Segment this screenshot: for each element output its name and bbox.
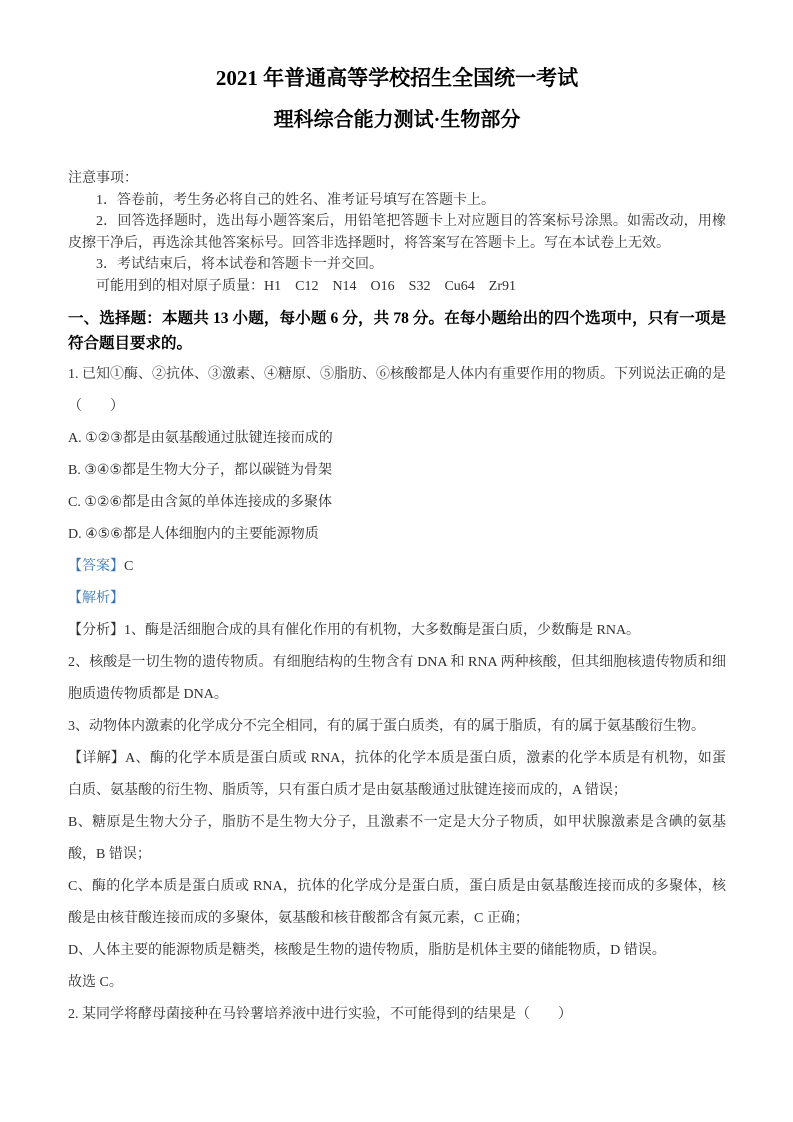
question-2: 2. 某同学将酵母菌接种在马铃薯培养液中进行实验，不可能得到的结果是（ ） <box>68 999 726 1031</box>
text-run: B. ③④⑤都是生物大分子，都以碳链为骨架 <box>68 463 332 478</box>
text-run: 2、核酸是一切生物的遗传物质。有细胞结构的生物含有 DNA 和 RNA 两种核酸… <box>68 655 726 702</box>
notice-item-1: 1．答卷前，考生务必将自己的姓名、准考证号填写在答题卡上。 <box>68 190 726 212</box>
text-run: 故选 C。 <box>68 975 123 990</box>
text-run: 【详解】A、酶的化学本质是蛋白质或 RNA，抗体的化学本质是蛋白质，激素的化学本… <box>68 751 726 798</box>
notice-section: 注意事项： 1．答卷前，考生务必将自己的姓名、准考证号填写在答题卡上。2．回答选… <box>68 168 726 297</box>
text-run: 1. 已知①酶、②抗体、③激素、④糖原、⑤脂肪、⑥核酸都是人体内有重要作用的物质… <box>68 367 726 414</box>
analysis-label-line: 【解析】 <box>68 583 726 615</box>
atomic-mass-line: 可能用到的相对原子质量：H1 C12 N14 O16 S32 Cu64 Zr91 <box>68 276 726 298</box>
bracket-label: 【答案】 <box>68 559 124 574</box>
section-heading: 一、选择题：本题共 13 小题，每小题 6 分，共 78 分。在每小题给出的四个… <box>68 306 726 356</box>
notice-heading: 注意事项： <box>68 168 726 190</box>
question-1-option-A: A. ①②③都是由氨基酸通过肽键连接而成的 <box>68 423 726 455</box>
text-run: 2. 某同学将酵母菌接种在马铃薯培养液中进行实验，不可能得到的结果是（ ） <box>68 1007 572 1022</box>
question-1: 1. 已知①酶、②抗体、③激素、④糖原、⑤脂肪、⑥核酸都是人体内有重要作用的物质… <box>68 359 726 423</box>
detail-option-C: C、酶的化学本质是蛋白质或 RNA，抗体的化学成分是蛋白质，蛋白质是由氨基酸连接… <box>68 871 726 935</box>
text-run: C <box>124 559 133 574</box>
notice-item-3: 3．考试结束后，将本试卷和答题卡一并交回。 <box>68 254 726 276</box>
analysis-point-3: 3、动物体内激素的化学成分不完全相同，有的属于蛋白质类，有的属于脂质，有的属于氨… <box>68 711 726 743</box>
question-1-option-C: C. ①②⑥都是由含氮的单体连接成的多聚体 <box>68 487 726 519</box>
exam-subtitle: 理科综合能力测试·生物部分 <box>68 106 726 134</box>
text-run: D. ④⑤⑥都是人体细胞内的主要能源物质 <box>68 527 319 542</box>
document-body: 1. 已知①酶、②抗体、③激素、④糖原、⑤脂肪、⑥核酸都是人体内有重要作用的物质… <box>68 359 726 1031</box>
choice-section: 一、选择题：本题共 13 小题，每小题 6 分，共 78 分。在每小题给出的四个… <box>68 306 726 356</box>
analysis-point-1: 【分析】1、酶是活细胞合成的具有催化作用的有机物，大多数酶是蛋白质，少数酶是 R… <box>68 615 726 647</box>
question-1-option-B: B. ③④⑤都是生物大分子，都以碳链为骨架 <box>68 455 726 487</box>
text-run: C、酶的化学本质是蛋白质或 RNA，抗体的化学成分是蛋白质，蛋白质是由氨基酸连接… <box>68 879 726 926</box>
detail-option-D: D、人体主要的能源物质是糖类，核酸是生物的遗传物质，脂肪是机体主要的储能物质，D… <box>68 935 726 967</box>
document-page: 2021 年普通高等学校招生全国统一考试 理科综合能力测试·生物部分 注意事项：… <box>0 0 793 1122</box>
exam-title: 2021 年普通高等学校招生全国统一考试 <box>68 64 726 92</box>
notice-item-2: 2．回答选择题时，选出每小题答案后，用铅笔把答题卡上对应题目的答案标号涂黑。如需… <box>68 211 726 254</box>
notice-list: 1．答卷前，考生务必将自己的姓名、准考证号填写在答题卡上。2．回答选择题时，选出… <box>68 190 726 298</box>
document-header: 2021 年普通高等学校招生全国统一考试 理科综合能力测试·生物部分 <box>68 64 726 134</box>
detail-option-B: B、糖原是生物大分子，脂肪不是生物大分子，且激素不一定是大分子物质，如甲状腺激素… <box>68 807 726 871</box>
text-run: D、人体主要的能源物质是糖类，核酸是生物的遗传物质，脂肪是机体主要的储能物质，D… <box>68 943 666 958</box>
text-run: C. ①②⑥都是由含氮的单体连接成的多聚体 <box>68 495 332 510</box>
text-run: 【分析】1、酶是活细胞合成的具有催化作用的有机物，大多数酶是蛋白质，少数酶是 R… <box>68 623 640 638</box>
answer-line: 【答案】C <box>68 551 726 583</box>
analysis-point-2: 2、核酸是一切生物的遗传物质。有细胞结构的生物含有 DNA 和 RNA 两种核酸… <box>68 647 726 711</box>
bracket-label: 【解析】 <box>68 591 124 606</box>
text-run: B、糖原是生物大分子，脂肪不是生物大分子，且激素不一定是大分子物质，如甲状腺激素… <box>68 815 726 862</box>
question-1-option-D: D. ④⑤⑥都是人体细胞内的主要能源物质 <box>68 519 726 551</box>
text-run: A. ①②③都是由氨基酸通过肽键连接而成的 <box>68 431 333 446</box>
detail-option-A: 【详解】A、酶的化学本质是蛋白质或 RNA，抗体的化学本质是蛋白质，激素的化学本… <box>68 743 726 807</box>
text-run: 3、动物体内激素的化学成分不完全相同，有的属于蛋白质类，有的属于脂质，有的属于氨… <box>68 719 705 734</box>
conclusion-line: 故选 C。 <box>68 967 726 999</box>
